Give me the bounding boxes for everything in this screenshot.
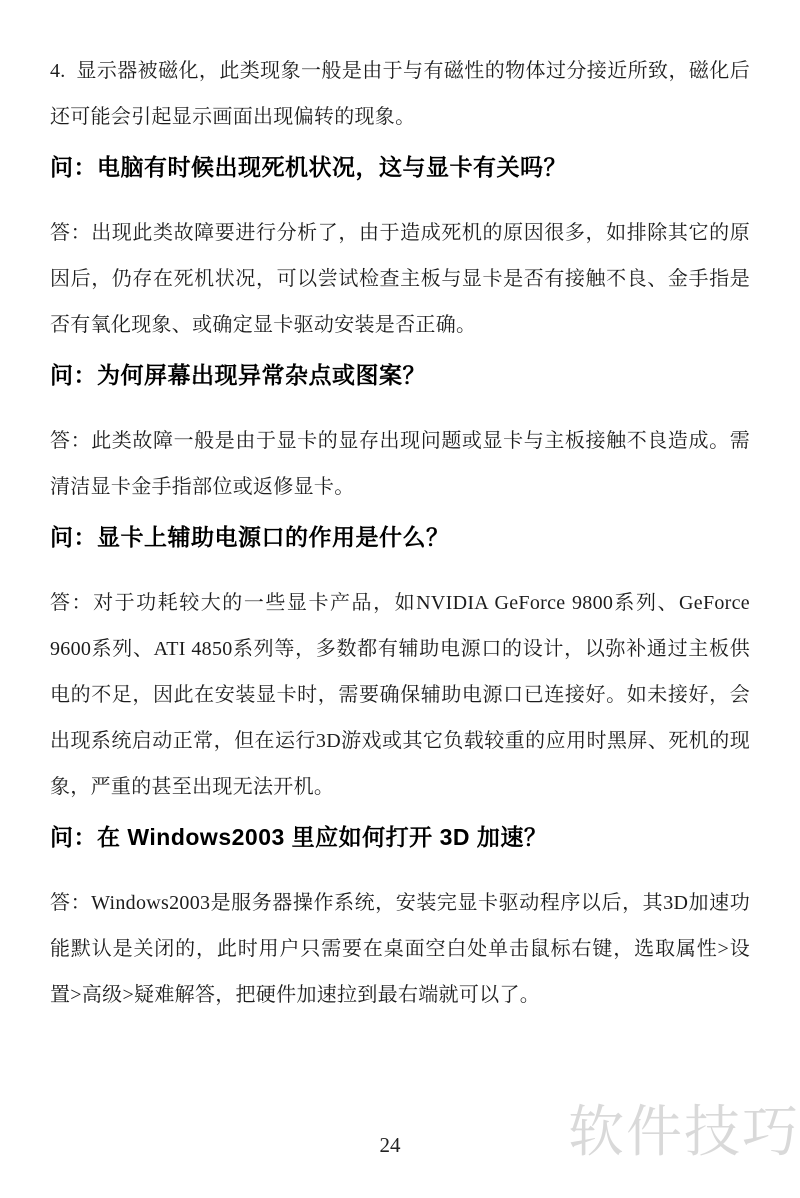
document-page: 4. 显示器被磁化，此类现象一般是由于与有磁性的物体过分接近所致，磁化后还可能会… (0, 0, 800, 1198)
question-heading-2: 问：为何屏幕出现异常杂点或图案？ (50, 358, 750, 392)
intro-paragraph: 4. 显示器被磁化，此类现象一般是由于与有磁性的物体过分接近所致，磁化后还可能会… (50, 48, 750, 140)
answer-paragraph-4: 答：Windows2003是服务器操作系统，安装完显卡驱动程序以后，其3D加速功… (50, 880, 750, 1018)
answer-paragraph-3: 答：对于功耗较大的一些显卡产品，如NVIDIA GeForce 9800系列、G… (50, 580, 750, 810)
page-number: 24 (0, 1133, 780, 1158)
question-heading-1: 问：电脑有时候出现死机状况，这与显卡有关吗？ (50, 150, 750, 184)
answer-paragraph-2: 答：此类故障一般是由于显卡的显存出现问题或显卡与主板接触不良造成。需清洁显卡金手… (50, 418, 750, 510)
answer-paragraph-1: 答：出现此类故障要进行分析了，由于造成死机的原因很多，如排除其它的原因后，仍存在… (50, 210, 750, 348)
qa-section-2: 问：为何屏幕出现异常杂点或图案？ 答：此类故障一般是由于显卡的显存出现问题或显卡… (50, 358, 750, 510)
qa-section-4: 问：在 Windows2003 里应如何打开 3D 加速？ 答：Windows2… (50, 820, 750, 1018)
qa-section-1: 问：电脑有时候出现死机状况，这与显卡有关吗？ 答：出现此类故障要进行分析了，由于… (50, 150, 750, 348)
qa-section-3: 问：显卡上辅助电源口的作用是什么？ 答：对于功耗较大的一些显卡产品，如NVIDI… (50, 520, 750, 810)
question-heading-3: 问：显卡上辅助电源口的作用是什么？ (50, 520, 750, 554)
question-heading-4: 问：在 Windows2003 里应如何打开 3D 加速？ (50, 820, 750, 854)
